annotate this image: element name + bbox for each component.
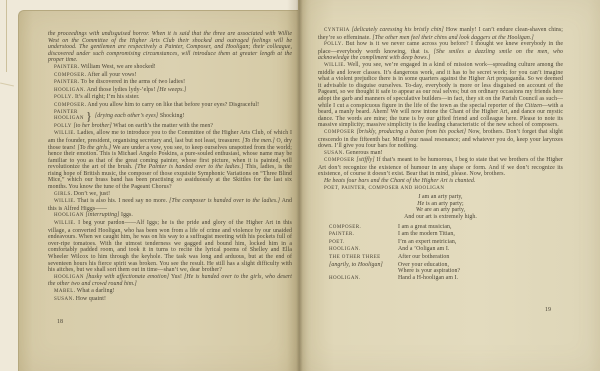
page-number-right: 19 — [545, 307, 551, 313]
dialogue-text: After our botheration — [398, 254, 449, 260]
stage-direction: [He weeps.] — [157, 87, 186, 93]
speech-paragraph: GIRLS. Don’t we, just! — [48, 191, 292, 199]
speaker-name: HOOLIGAN. — [329, 276, 361, 281]
verse-line: And a ’Ooligan am I. — [398, 246, 563, 254]
verse-speaker — [318, 268, 398, 275]
speaker-name: SUSAN — [54, 297, 73, 302]
verse-line: We are an arty party, — [318, 207, 563, 214]
verse-speaker: [angrily, to Hooligan] — [318, 262, 398, 269]
speaker-name: POET. — [329, 240, 345, 245]
brace-speech: PAINTERHOOLIGAN}[drying each other’s eye… — [48, 110, 292, 123]
speech-paragraph: He beats four bars and the Chant of the … — [318, 178, 563, 185]
verse-speaker: HOOLIGAN. — [318, 275, 398, 283]
speaker-name: HOOLIGAN — [54, 213, 84, 218]
brace-speaker-names: PAINTERHOOLIGAN — [54, 110, 84, 123]
page-number-left: 18 — [57, 319, 63, 325]
dialogue-text: Iggs. — [119, 212, 132, 218]
speech-paragraph: SUSAN. How quaint! — [48, 296, 292, 304]
stage-direction: Citizen — [525, 103, 542, 109]
speaker-name: SUSAN — [324, 151, 343, 156]
speech-paragraph: HOOLIGAN [husky with affectionate emotio… — [48, 274, 292, 288]
stage-direction: [The composer is handed over to the ladi… — [169, 198, 280, 204]
page-right: CYNTHIA [delicately caressing his bristl… — [298, 0, 600, 371]
speaker-name: COMPOSER — [324, 130, 355, 135]
verse-speaker: THE OTHER THREE — [318, 254, 398, 262]
verse-row: COMPOSER.I am a great musician, — [318, 224, 563, 232]
stage-direction: [To the men.] — [242, 138, 275, 144]
dialogue-text: Over your education, — [398, 262, 449, 268]
stage-direction: [briskly, producing a baton from his poc… — [357, 129, 467, 135]
verse-line: I am a great musician, — [398, 224, 563, 232]
dialogue-text: is an arty party; — [424, 201, 463, 207]
dialogue-text: I’m an expert metrician, — [398, 239, 456, 245]
stage-direction: [stiffly] — [356, 157, 374, 163]
stage-direction: [delicately caressing his bristly chin] — [352, 27, 444, 33]
speaker-name: WILLIE — [324, 63, 344, 68]
speaker-name: COMPOSER — [54, 73, 85, 78]
speaker-name: POET, PAINTER, COMPOSER AND HOOLIGAN — [324, 186, 444, 191]
dialogue-text: . And those lydies lydy-’elps! — [84, 87, 157, 93]
dialogue-text: . And you allow him to carry on like tha… — [85, 102, 260, 108]
speaker-name: HOOLIGAN — [54, 116, 84, 123]
speaker-name: PAINTER — [54, 80, 78, 85]
speech-paragraph: COMPOSER [stiffly] If that’s meant to be… — [318, 157, 563, 178]
stage-direction: [To the girls.] — [77, 145, 111, 151]
speaker-name: PAINTER — [54, 65, 78, 70]
dialogue-text: . Don’t we, just! — [71, 191, 110, 197]
stage-direction: [interrupting] — [86, 212, 120, 218]
speaker-name: THE OTHER THREE — [329, 255, 381, 260]
dialogue-text: And our art is extremely high. — [404, 214, 477, 220]
book-cover-edge — [6, 0, 7, 72]
verse-speaker: HOOLIGAN. — [318, 246, 398, 254]
dialogue-text: . To be discovered in the arms of two la… — [78, 79, 185, 85]
dialogue-text: Shocking! — [160, 113, 185, 119]
dialogue-text: I am the modern Titian, — [398, 231, 455, 237]
stage-direction: [The Painter is handed over to the ladie… — [135, 164, 244, 170]
verse-line: He is an arty party; — [318, 201, 563, 208]
dialogue-text: . How quaint! — [73, 296, 106, 302]
speech-paragraph: HOOLIGAN [interrupting] Iggs. — [48, 212, 292, 220]
speaker-name: HOOLIGAN. — [329, 247, 361, 252]
dialogue-text: . I beg your pardon——Alf Iggs; he is the… — [48, 220, 292, 273]
verse-line: Hand a H-hooligan am I. — [398, 275, 563, 283]
stage-direction-paragraph: the proceedings with undisguised horror.… — [48, 31, 292, 64]
dialogue-text: . What a darling! — [74, 288, 115, 294]
stage-direction: [husky with affectionate emotion] — [86, 274, 169, 280]
verse-row: Where is your aspiration? — [318, 268, 563, 275]
verse-speaker: POET. — [318, 239, 398, 247]
stage-direction: [The other men feel their chins and look… — [372, 35, 534, 41]
speaker-name: WILLIE — [54, 221, 74, 226]
speaker-name: PAINTER. — [329, 232, 355, 237]
speech-paragraph: PAINTER. To be discovered in the arms of… — [48, 79, 292, 87]
speech-paragraph: POLLY. It’s all right; I’m his sister. — [48, 94, 292, 102]
open-book-scan: the proceedings with undisguised horror.… — [0, 0, 600, 371]
speaker-name: CYNTHIA — [324, 28, 350, 33]
verse-row: HOOLIGAN.Hand a H-hooligan am I. — [318, 275, 563, 283]
chant-verse: I am an arty party,He is an arty party;W… — [318, 194, 563, 220]
page-right-text: CYNTHIA [delicately caressing his bristl… — [318, 27, 563, 282]
speech-paragraph: CYNTHIA [delicately caressing his bristl… — [318, 27, 563, 41]
stage-direction: [to her brother] — [73, 123, 111, 129]
verse-row: THE OTHER THREEAfter our botheration — [318, 254, 563, 262]
verse-line: I’m an expert metrician, — [398, 239, 563, 247]
speech-paragraph: COMPOSER [briskly, producing a baton fro… — [318, 129, 563, 150]
dialogue-text: Hand a H-hooligan am I. — [398, 275, 458, 281]
speaker-name: HOOLIGAN — [54, 275, 84, 280]
dialogue-text: . It’s all right; I’m his sister. — [72, 94, 140, 100]
verse-line: I am the modern Titian, — [398, 231, 563, 239]
verse-row: PAINTER.I am the modern Titian, — [318, 231, 563, 239]
dialogue-text: are an arty party, — [423, 207, 465, 213]
speaker-name: GIRLS — [54, 192, 71, 197]
speech-paragraph: WILLIE. I beg your pardon——Alf Iggs; he … — [48, 220, 292, 274]
dialogue-text: And a ’Ooligan am I. — [398, 246, 449, 252]
dialogue-text: . William West, we are shocked! — [78, 64, 156, 70]
dialogue-text: am an arty party, — [420, 194, 462, 200]
speech-paragraph: PAINTER. William West, we are shocked! — [48, 64, 292, 72]
verse-line: Over your education, — [398, 262, 563, 269]
speech-paragraph: WILLIE. That is also his. I need say no … — [48, 198, 292, 212]
speaker-name: COMPOSER. — [329, 225, 361, 230]
speaker-name: PAINTER — [54, 110, 84, 117]
page-left-text: the proceedings with undisguised horror.… — [48, 31, 292, 303]
stage-direction: [angrily, to Hooligan] — [329, 262, 383, 268]
speech-paragraph: MABEL. What a darling! — [48, 288, 292, 296]
speaker-name: WILLIE — [54, 131, 74, 136]
speaker-name: POLLY — [324, 42, 342, 47]
speech-paragraph: POET, PAINTER, COMPOSER AND HOOLIGAN — [318, 185, 563, 193]
dialogue-text: Yus! — [169, 274, 184, 280]
speaker-name: MABEL — [54, 289, 74, 294]
speaker-name: POLLY — [54, 124, 72, 129]
stage-direction: the proceedings with undisguised horror.… — [48, 31, 292, 63]
verse-line: And our art is extremely high. — [318, 214, 563, 221]
speaker-name: HOOLIGAN — [54, 88, 84, 93]
speech-paragraph: COMPOSER. And you allow him to carry on … — [48, 102, 292, 110]
brace-glyph: } — [86, 110, 92, 122]
speech-paragraph: WILLIE. Well, you see, we’re engaged in … — [318, 62, 563, 129]
verse-table: COMPOSER.I am a great musician,PAINTER.I… — [318, 224, 563, 283]
dialogue-text: . After all your vows! — [85, 72, 137, 78]
speech-paragraph: WILLIE. Ladies, allow me to introduce yo… — [48, 130, 292, 190]
stage-direction: [drying each other’s eyes] — [95, 113, 160, 119]
verse-row: POET.I’m an expert metrician, — [318, 239, 563, 247]
dialogue-text: . That is also his. I need say no more. — [74, 198, 169, 204]
stage-direction: He beats four bars and the Chant of the … — [324, 178, 476, 184]
verse-speaker: COMPOSER. — [318, 224, 398, 232]
speaker-name: POLLY — [54, 95, 72, 100]
speech-paragraph: HOOLIGAN. And those lydies lydy-’elps! [… — [48, 87, 292, 95]
dialogue-text: I am a great musician, — [398, 224, 452, 230]
verse-row: [angrily, to Hooligan]Over your educatio… — [318, 262, 563, 269]
speaker-name: WILLIE — [54, 199, 74, 204]
verse-line: After our botheration — [398, 254, 563, 262]
speaker-name: COMPOSER — [324, 158, 355, 163]
dialogue-text: What on earth’s the matter with the men? — [112, 123, 213, 129]
speech-paragraph: POLLY. But how is it we never came acros… — [318, 41, 563, 62]
speaker-name: COMPOSER — [54, 103, 85, 108]
dialogue-text: Where is your aspiration? — [398, 268, 460, 274]
verse-speaker: PAINTER. — [318, 231, 398, 239]
stage-direction: We — [416, 207, 423, 213]
verse-row: HOOLIGAN.And a ’Ooligan am I. — [318, 246, 563, 254]
dialogue-text: . Generous man! — [343, 150, 383, 156]
book-cover-edge — [0, 83, 14, 87]
dialogue-text: [drying each other’s eyes] Shocking! — [95, 113, 292, 120]
page-left: the proceedings with undisguised horror.… — [18, 10, 299, 371]
verse-line: Where is your aspiration? — [398, 268, 563, 275]
verse-line: I am an arty party, — [318, 194, 563, 201]
